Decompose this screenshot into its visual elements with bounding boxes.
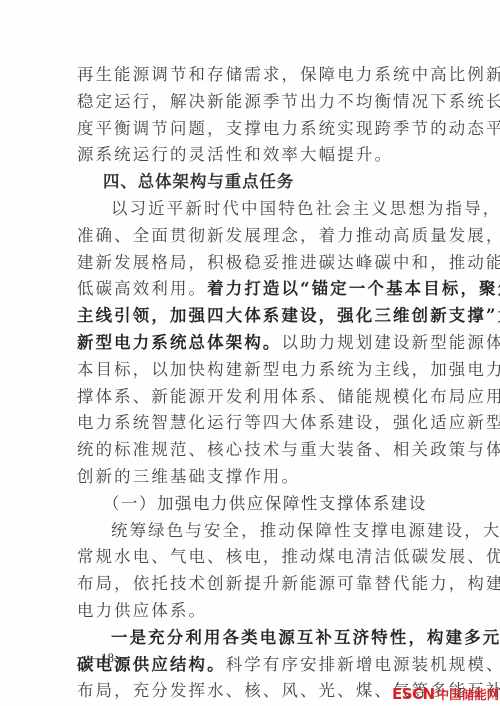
paragraph-2-line-4: 低碳高效利用。着力打造以“锚定一个基本目标，聚焦一条 — [77, 276, 424, 303]
normal-text: 以助力规划建设新型能源体系为基 — [282, 333, 500, 352]
watermark-cn: 中国储能网 — [437, 685, 500, 703]
paragraph-2-line-6: 新型电力系统总体架构。以助力规划建设新型能源体系为基 — [77, 330, 424, 357]
watermark-en: ESCN — [392, 685, 435, 703]
emphasis-text: 新型电力系统总体架构。 — [77, 333, 282, 352]
paragraph-3-line-1: 统筹绿色与安全，推动保障性支撑电源建设，大力发展 — [77, 518, 424, 545]
paragraph-1-line-1: 再生能源调节和存储需求，保障电力系统中高比例新能源的 — [77, 62, 424, 89]
paragraph-4-line-1: 一是充分利用各类电源互补互济特性，构建多元绿色低 — [77, 625, 424, 652]
paragraph-3-line-4: 电力供应体系。 — [77, 598, 424, 625]
paragraph-3-line-3: 布局，依托技术创新提升新能源可靠替代能力，构建多元化 — [77, 571, 424, 598]
paragraph-2-line-10: 统的标准规范、核心技术与重大装备、相关政策与体制机制 — [77, 437, 424, 464]
subsection-heading: （一）加强电力供应保障性支撑体系建设 — [77, 491, 424, 518]
paragraph-3-line-2: 常规水电、气电、核电，推动煤电清洁低碳发展、优化发展 — [77, 544, 424, 571]
paragraph-2-line-1: 以习近平新时代中国特色社会主义思想为指导，完整、 — [77, 196, 424, 223]
paragraph-1-line-2: 稳定运行，解决新能源季节出力不均衡情况下系统长时间尺 — [77, 89, 424, 116]
paragraph-2-line-3: 建新发展格局，积极稳妥推进碳达峰碳中和，推动能源清洁 — [77, 250, 424, 277]
paragraph-2-line-8: 撑体系、新能源开发利用体系、储能规模化布局应用体系、 — [77, 384, 424, 411]
section-heading: 四、总体架构与重点任务 — [77, 169, 424, 196]
emphasis-text: 着力打造以“锚定一个基本目标，聚焦一条 — [207, 279, 500, 298]
page-number: —18— — [88, 650, 127, 666]
paragraph-2-line-9: 电力系统智慧化运行等四大体系建设，强化适应新型电力系 — [77, 410, 424, 437]
paragraph-2-line-2: 准确、全面贯彻新发展理念，着力推动高质量发展，主动构 — [77, 223, 424, 250]
paragraph-1-line-3: 度平衡调节问题，支撑电力系统实现跨季节的动态平衡，能 — [77, 116, 424, 143]
paragraph-2-line-5: 主线引领，加强四大体系建设，强化三维创新支撑”为主的 — [77, 303, 424, 330]
paragraph-2-line-7: 本目标，以加快构建新型电力系统为主线，加强电力供应支 — [77, 357, 424, 384]
paragraph-1-line-4: 源系统运行的灵活性和效率大幅提升。 — [77, 142, 424, 169]
document-body: 再生能源调节和存储需求，保障电力系统中高比例新能源的 稳定运行，解决新能源季节出… — [77, 62, 424, 705]
paragraph-4-line-2: 碳电源供应结构。科学有序安排新增电源装机规模、结构和 — [77, 652, 424, 679]
paragraph-4-line-3: 布局，充分发挥水、核、风、光、煤、气等多能互补优势。 — [77, 678, 424, 705]
escn-watermark-logo: ESCN 中国储能网 — [392, 684, 499, 704]
paragraph-2-line-11: 创新的三维基础支撑作用。 — [77, 464, 424, 491]
document-page: 再生能源调节和存储需求，保障电力系统中高比例新能源的 稳定运行，解决新能源季节出… — [0, 0, 500, 706]
normal-text: 科学有序安排新增电源装机规模、结构和 — [226, 655, 500, 674]
normal-text: 低碳高效利用。 — [77, 279, 207, 298]
